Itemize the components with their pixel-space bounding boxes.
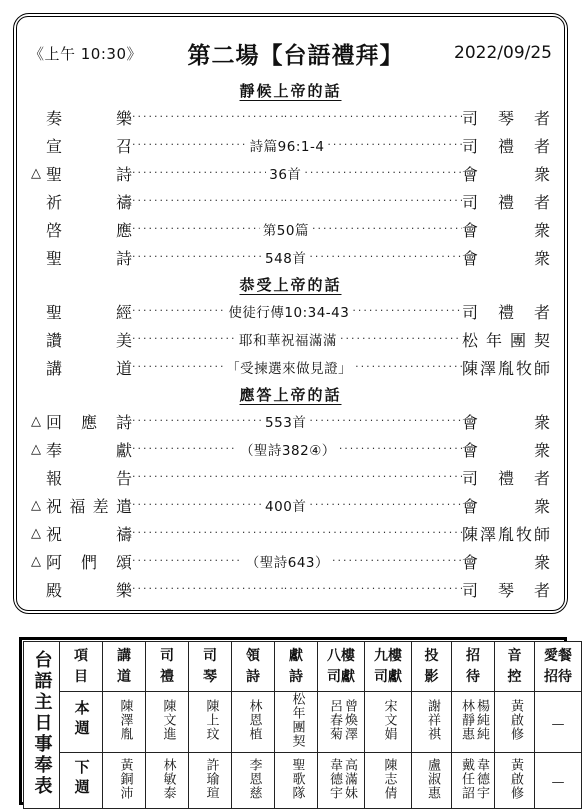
program-header: 《上午 10:30》 第二場【台語禮拜】 2022/09/25 (29, 31, 552, 75)
duty-col-sound: 音 控 (495, 642, 535, 692)
item-label: 祝福差遣 (46, 494, 132, 517)
program-row: 殿樂 司琴者 (31, 575, 550, 603)
program-row: 聖經 使徒行傳10:34-43 司禮者 (31, 297, 550, 325)
item-role: 會衆 (462, 410, 550, 433)
duty-col-usher: 招 待 (452, 642, 495, 692)
stand-mark: △ (31, 166, 46, 181)
program-row: 聖詩 548首 會衆 (31, 243, 550, 271)
duty-name-cell: 黃啟修 (495, 753, 535, 809)
item-role: 司琴者 (462, 106, 550, 129)
item-value: 詩篇96:1-4 (247, 135, 328, 155)
duty-col-liturgist: 司 禮 (146, 642, 189, 692)
item-value: 使徒行傳10:34-43 (225, 301, 352, 321)
dotted-leader (132, 498, 262, 512)
item-label: 阿們頌 (46, 550, 132, 573)
program-row: △ 祝福差遣 400首 會衆 (31, 491, 550, 519)
duty-name-cell: 林恩植 (232, 692, 275, 753)
stand-mark: △ (31, 498, 46, 513)
stand-mark: △ (31, 414, 46, 429)
item-role: 陳澤胤牧師 (462, 522, 550, 545)
dotted-leader (132, 250, 262, 264)
week-label-cell: 下週 (60, 753, 103, 809)
item-value: 耶和華祝福滿滿 (236, 329, 340, 349)
item-label: 祝禱 (46, 522, 132, 545)
section-title: 靜候上帝的話 (239, 80, 341, 101)
dotted-leader (132, 194, 284, 208)
duty-name-cell: 松年團契 (275, 692, 318, 753)
duty-name-cell: 宋文娟 (365, 692, 412, 753)
item-value: 「受揀選來做見證」 (223, 357, 355, 377)
item-value: 第50篇 (260, 219, 312, 239)
dotted-leader (132, 222, 260, 236)
dotted-leader (132, 582, 284, 596)
dotted-leader (284, 110, 462, 124)
program-box: 《上午 10:30》 第二場【台語禮拜】 2022/09/25 靜候上帝的話 奏… (13, 13, 568, 614)
bulletin-page: 《上午 10:30》 第二場【台語禮拜】 2022/09/25 靜候上帝的話 奏… (0, 0, 583, 810)
duty-empty-cell: — (535, 692, 582, 753)
item-label: 聖經 (46, 300, 132, 323)
dotted-leader (284, 526, 462, 540)
duty-col-projection: 投 影 (412, 642, 452, 692)
dotted-leader (132, 332, 236, 346)
program-row: 報告 司禮者 (31, 463, 550, 491)
item-role: 松年團契 (462, 328, 550, 351)
item-role: 司禮者 (462, 466, 550, 489)
item-value: （聖詩382④） (237, 439, 339, 459)
item-value: 36首 (266, 163, 304, 183)
item-value: 553首 (262, 411, 309, 431)
item-label: 讚美 (46, 328, 132, 351)
duty-col-item: 項 目 (60, 642, 103, 692)
program-section-heading: 靜候上帝的話 (31, 77, 550, 103)
duty-name-cell: 陳上玟 (189, 692, 232, 753)
dotted-leader (132, 110, 284, 124)
dotted-leader (309, 414, 462, 428)
item-value: （聖詩643） (243, 551, 332, 571)
dotted-leader (132, 442, 237, 456)
program-list: 靜候上帝的話 奏樂 司琴者 宣召 詩篇96:1-4 司禮者 (29, 75, 552, 607)
duty-name-cell: 高滿妹 韋德宇 (318, 753, 365, 809)
item-role: 會衆 (462, 494, 550, 517)
item-label: 奏樂 (46, 106, 132, 129)
item-role: 司琴者 (462, 578, 550, 601)
duty-name-cell: 李恩慈 (232, 753, 275, 809)
program-box-inner: 《上午 10:30》 第二場【台語禮拜】 2022/09/25 靜候上帝的話 奏… (16, 16, 565, 611)
item-role: 司禮者 (462, 190, 550, 213)
duty-name-cell: 林敏泰 (146, 753, 189, 809)
duty-col-anthem: 獻 詩 (275, 642, 318, 692)
item-label: 報告 (46, 466, 132, 489)
item-role: 陳澤胤牧師 (462, 356, 550, 379)
program-row: 講道 「受揀選來做見證」 陳澤胤牧師 (31, 353, 550, 381)
duty-name-cell: 楊純純 林靜惠 (452, 692, 495, 753)
duty-empty-cell: — (535, 753, 582, 809)
program-section-heading: 恭受上帝的話 (31, 271, 550, 297)
duty-row-next-week: 下週 黃銅沛 林敏泰 許瑜瑄 李恩慈 聖歌隊 高滿妹 韋德宇 陳志倩 盧淑惠 韋… (24, 753, 582, 809)
item-label: 啓應 (46, 218, 132, 241)
dotted-leader (132, 360, 223, 374)
dotted-leader (332, 554, 462, 568)
dotted-leader (132, 470, 284, 484)
dotted-leader (312, 222, 462, 236)
item-label: 宣召 (46, 134, 132, 157)
duty-row-this-week: 本週 陳澤胤 陳文進 陳上玟 林恩植 松年團契 曾煥澤 呂春菊 宋文娟 謝祥祺 … (24, 692, 582, 753)
program-row: △ 回應詩 553首 會衆 (31, 407, 550, 435)
program-row: △ 聖詩 36首 會衆 (31, 159, 550, 187)
dotted-leader (340, 332, 462, 346)
item-label: 聖詩 (46, 162, 132, 185)
program-section-heading: 應答上帝的話 (31, 381, 550, 407)
duty-col-offering-9f: 九樓 司獻 (365, 642, 412, 692)
section-title: 恭受上帝的話 (239, 274, 341, 295)
dotted-leader (132, 526, 284, 540)
dotted-leader (355, 360, 462, 374)
item-role: 會衆 (462, 246, 550, 269)
duty-side-title-cell: 台語主日事奉表 (24, 642, 60, 809)
item-role: 司禮者 (462, 300, 550, 323)
duty-name-cell: 韋德宇 戴任詔 (452, 753, 495, 809)
item-role: 司禮者 (462, 134, 550, 157)
item-label: 祈禱 (46, 190, 132, 213)
duty-table-title: 台語主日事奉表 (33, 650, 51, 797)
dotted-leader (132, 414, 262, 428)
duty-header-row: 台語主日事奉表 項 目 講 道 司 禮 司 琴 領 詩 獻 詩 八樓 司獻 九樓… (24, 642, 582, 692)
duty-name-cell: 盧淑惠 (412, 753, 452, 809)
item-label: 講道 (46, 356, 132, 379)
duty-col-song-leader: 領 詩 (232, 642, 275, 692)
duty-roster-table: 台語主日事奉表 項 目 講 道 司 禮 司 琴 領 詩 獻 詩 八樓 司獻 九樓… (19, 637, 567, 805)
stand-mark: △ (31, 442, 46, 457)
dotted-leader (284, 470, 462, 484)
dotted-leader (309, 250, 462, 264)
dotted-leader (339, 442, 462, 456)
duty-name-cell: 陳澤胤 (103, 692, 146, 753)
duty-name-cell: 陳志倩 (365, 753, 412, 809)
dotted-leader (284, 194, 462, 208)
program-row: 宣召 詩篇96:1-4 司禮者 (31, 131, 550, 159)
program-row: △ 祝禱 陳澤胤牧師 (31, 519, 550, 547)
item-role: 會衆 (462, 218, 550, 241)
service-date: 2022/09/25 (434, 43, 552, 63)
duty-col-meal-usher: 愛餐 招待 (535, 642, 582, 692)
item-role: 會衆 (462, 438, 550, 461)
item-label: 回應詩 (46, 410, 132, 433)
duty-col-sermon: 講 道 (103, 642, 146, 692)
stand-mark: △ (31, 526, 46, 541)
duty-name-cell: 曾煥澤 呂春菊 (318, 692, 365, 753)
stand-mark: △ (31, 554, 46, 569)
item-role: 會衆 (462, 162, 550, 185)
program-row: △ 阿們頌 （聖詩643） 會衆 (31, 547, 550, 575)
duty-name-cell: 陳文進 (146, 692, 189, 753)
duty-name-cell: 聖歌隊 (275, 753, 318, 809)
item-label: 殿樂 (46, 578, 132, 601)
item-value: 400首 (262, 495, 309, 515)
program-row: 啓應 第50篇 會衆 (31, 215, 550, 243)
dotted-leader (284, 582, 462, 596)
duty-name-cell: 黃啟修 (495, 692, 535, 753)
item-role: 會衆 (462, 550, 550, 573)
program-row: 奏樂 司琴者 (31, 103, 550, 131)
section-title: 應答上帝的話 (239, 384, 341, 405)
dotted-leader (327, 138, 462, 152)
program-row: △ 奉獻 （聖詩382④） 會衆 (31, 435, 550, 463)
page-title: 第二場【台語禮拜】 (157, 37, 434, 70)
duty-name-cell: 許瑜瑄 (189, 753, 232, 809)
duty-name-cell: 謝祥祺 (412, 692, 452, 753)
program-row: 讚美 耶和華祝福滿滿 松年團契 (31, 325, 550, 353)
duty-name-cell: 黃銅沛 (103, 753, 146, 809)
week-label-cell: 本週 (60, 692, 103, 753)
item-label: 奉獻 (46, 438, 132, 461)
dotted-leader (132, 138, 247, 152)
dotted-leader (309, 498, 462, 512)
dotted-leader (304, 166, 462, 180)
duty-col-pianist: 司 琴 (189, 642, 232, 692)
dotted-leader (132, 554, 243, 568)
service-time: 《上午 10:30》 (29, 43, 157, 64)
duty-col-offering-8f: 八樓 司獻 (318, 642, 365, 692)
item-value: 548首 (262, 247, 309, 267)
item-label: 聖詩 (46, 246, 132, 269)
dotted-leader (132, 166, 266, 180)
dotted-leader (132, 304, 225, 318)
dotted-leader (352, 304, 462, 318)
program-row: 祈禱 司禮者 (31, 187, 550, 215)
